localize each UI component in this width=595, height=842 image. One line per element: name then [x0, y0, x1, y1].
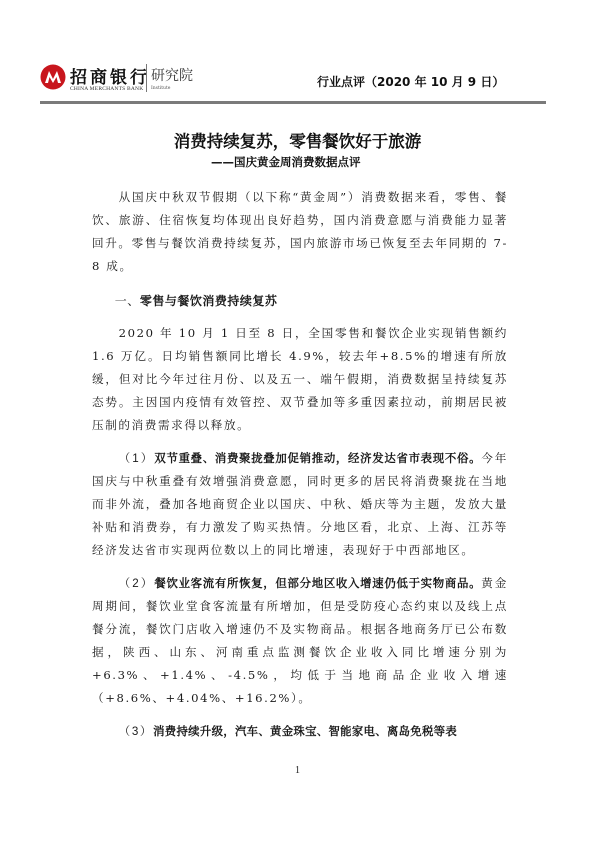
report-title: 消费持续复苏，零售餐饮好于旅游: [0, 128, 595, 152]
point-2: （2）餐饮业客流有所恢复，但部分地区收入增速仍低于实物商品。黄金周期间，餐饮业堂…: [92, 572, 508, 710]
page-header: 招商银行 CHINA MERCHANTS BANK 研究院 Institute …: [0, 0, 595, 110]
report-subtitle: ——国庆黄金周消费数据点评: [211, 154, 361, 170]
point-1-heading: 双节重叠、消费聚拢叠加促销推动，经济发达省市表现不俗。: [154, 451, 481, 465]
point-2-text: 黄金周期间，餐饮业堂食客流量有所增加，但是受防疫心态约束以及线上点餐分流，餐饮门…: [92, 576, 508, 705]
point-3: （3）消费持续升级，汽车、黄金珠宝、智能家电、离岛免税等表: [92, 720, 508, 743]
point-3-heading: 消费持续升级，汽车、黄金珠宝、智能家电、离岛免税等表: [153, 724, 457, 738]
institute-name-en: Institute: [151, 86, 170, 91]
section-number: 一、: [115, 294, 140, 308]
point-1: （1）双节重叠、消费聚拢叠加促销推动，经济发达省市表现不俗。今年国庆与中秋重叠有…: [92, 447, 508, 562]
header-divider: [40, 101, 546, 104]
page-number: 1: [0, 765, 595, 776]
point-2-heading: 餐饮业客流有所恢复，但部分地区收入增速仍低于实物商品。: [154, 576, 481, 590]
point-2-label: （2）: [119, 577, 155, 590]
point-3-label: （3）: [119, 725, 153, 738]
section-title: 零售与餐饮消费持续复苏: [140, 294, 278, 308]
institute-name-cn: 研究院: [151, 65, 193, 85]
section-heading-1: 一、零售与餐饮消费持续复苏: [92, 290, 508, 312]
brand-name-en: CHINA MERCHANTS BANK: [70, 86, 143, 92]
point-1-label: （1）: [119, 452, 155, 465]
report-type-date: 行业点评（2020 年 10 月 9 日）: [317, 73, 504, 90]
brand-separator: [146, 64, 147, 92]
brand-name-cn: 招商银行: [70, 63, 150, 88]
section1-paragraph: 2020 年 10 月 1 日至 8 日，全国零售和餐饮企业实现销售额约 1.6…: [92, 322, 508, 437]
intro-paragraph: 从国庆中秋双节假期（以下称“黄金周”）消费数据来看，零售、餐饮、旅游、住宿恢复均…: [92, 186, 508, 278]
cmb-logo-icon: [40, 64, 66, 90]
report-body: 从国庆中秋双节假期（以下称“黄金周”）消费数据来看，零售、餐饮、旅游、住宿恢复均…: [92, 186, 508, 743]
point-1-text: 今年国庆与中秋重叠有效增强消费意愿，同时更多的居民将消费聚拢在当地而非外流，叠加…: [92, 451, 508, 557]
